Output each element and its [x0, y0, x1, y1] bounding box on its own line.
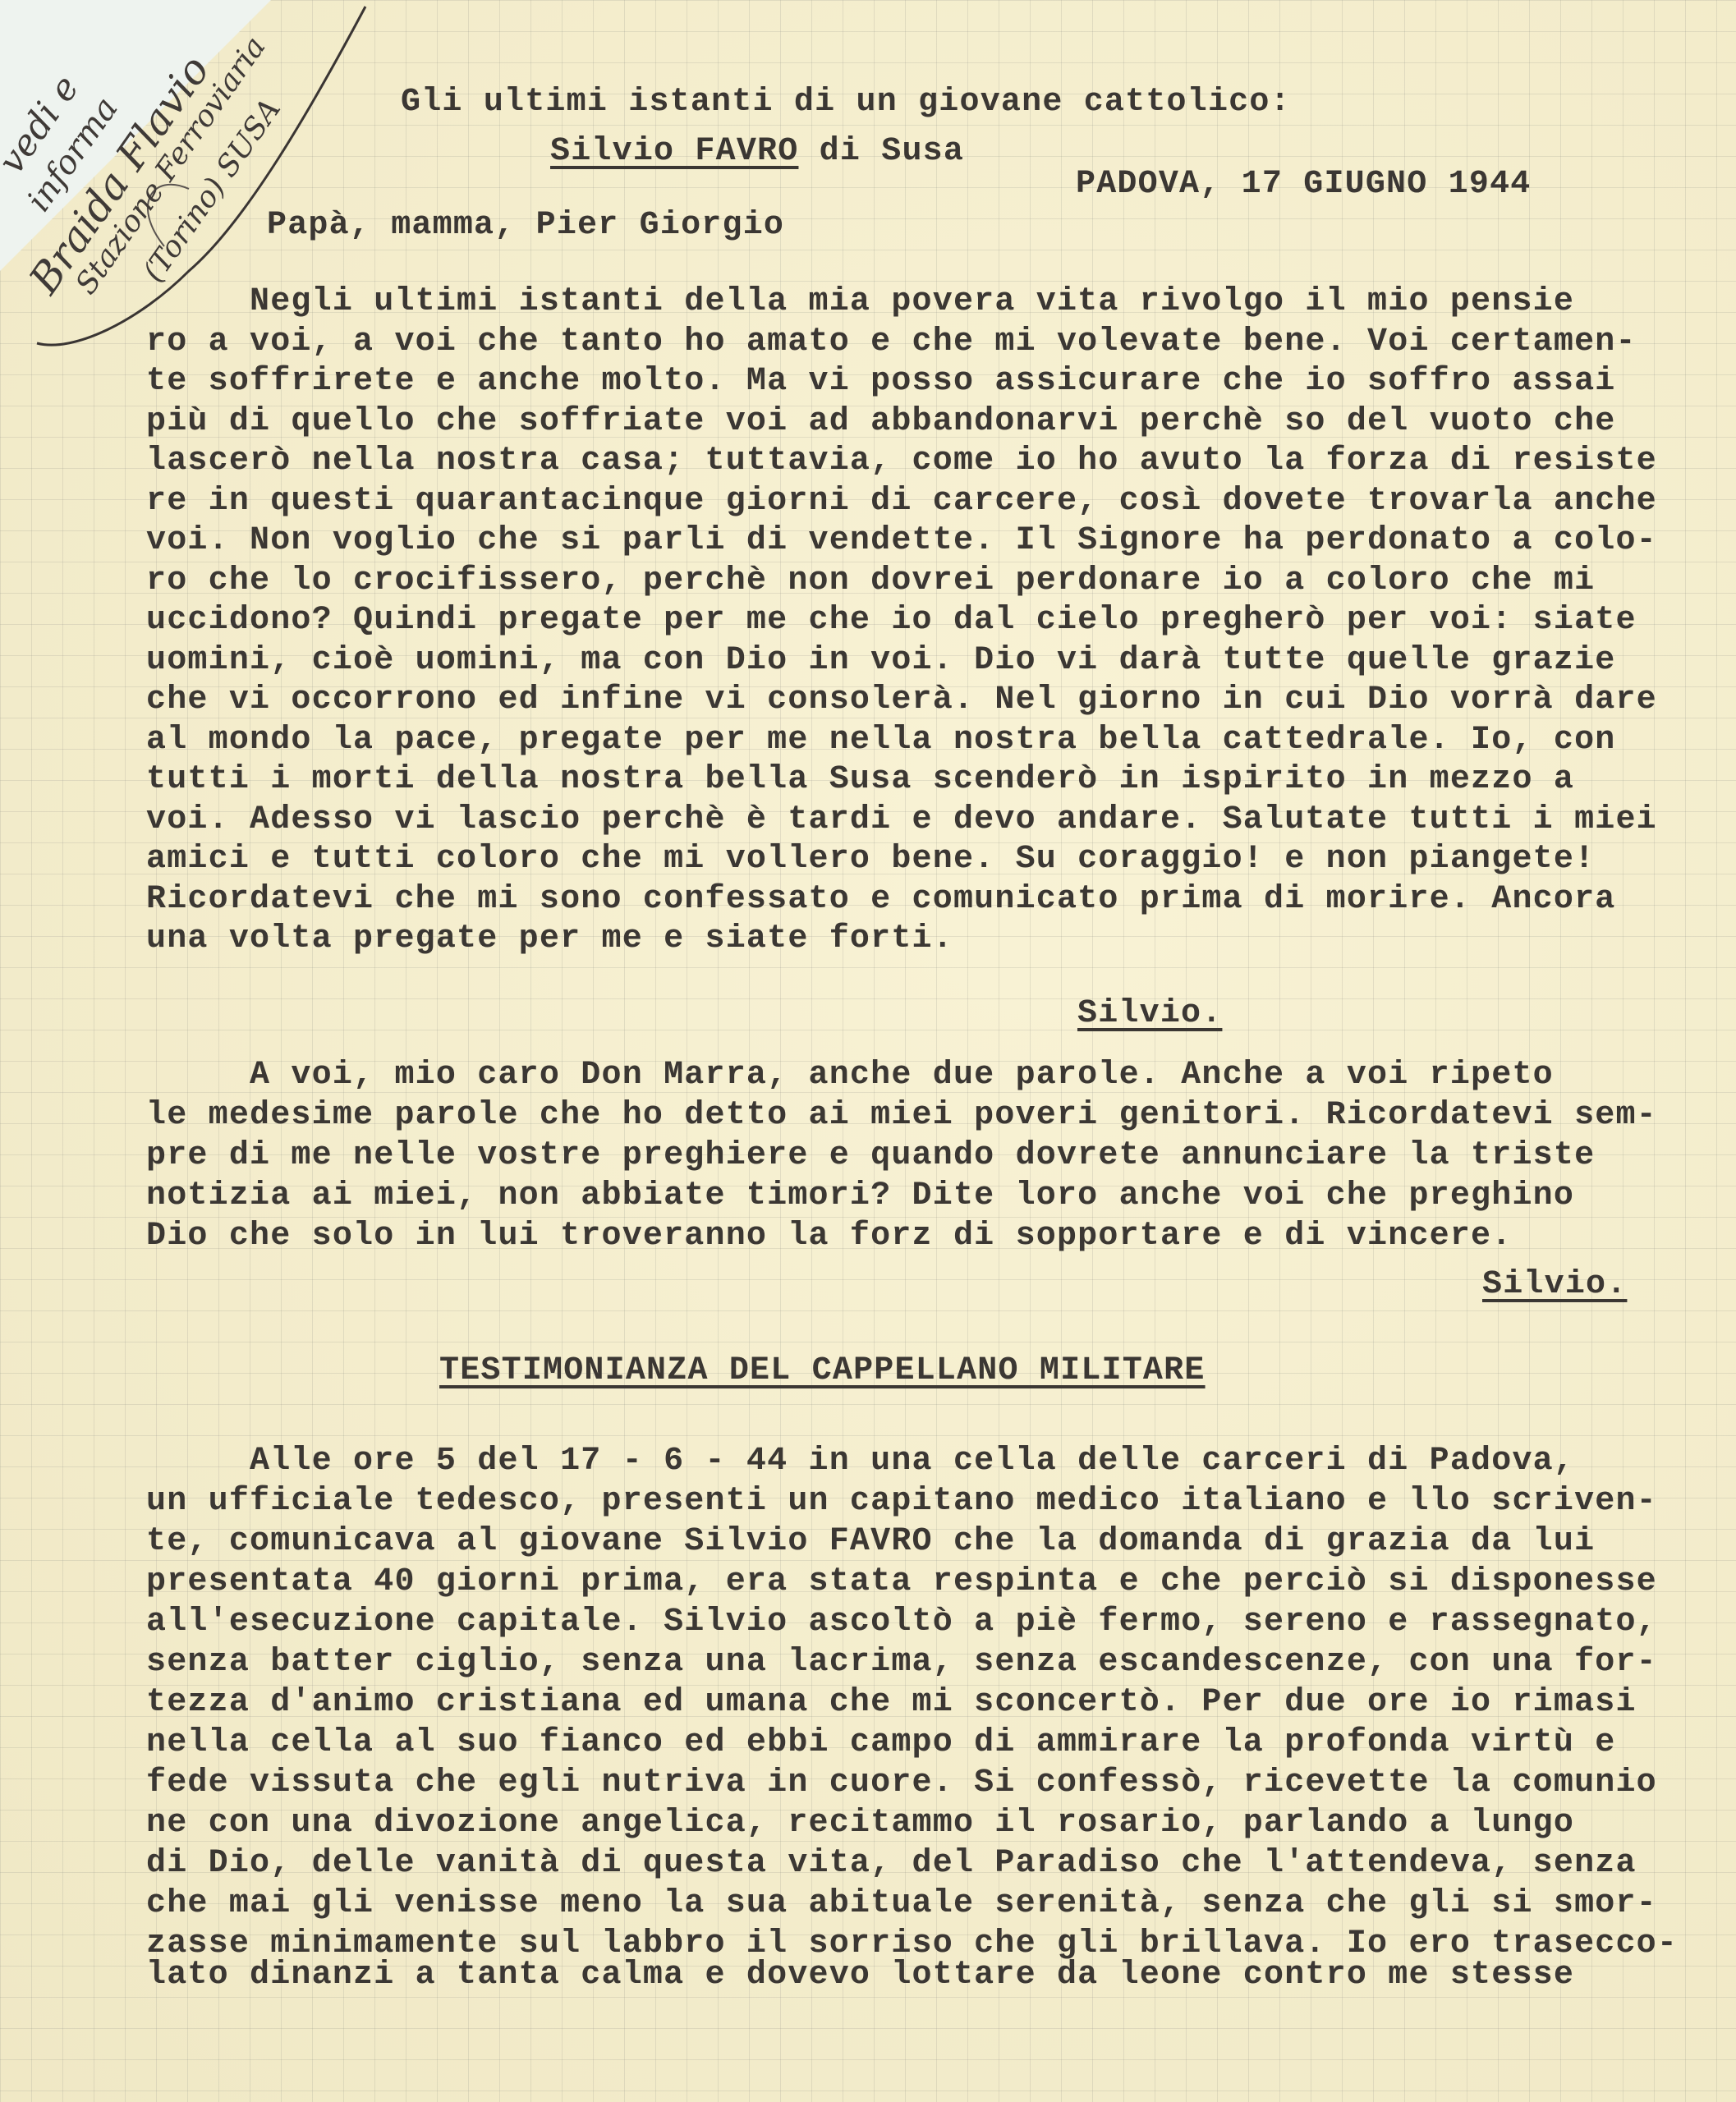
text-line: Alle ore 5 del 17 - 6 - 44 in una cella … [146, 1445, 1678, 1485]
text-line: uccidono? Quindi pregate per me che io d… [146, 604, 1657, 645]
testimony-heading: TESTIMONIANZA DEL CAPPELLANO MILITARE [439, 1355, 1206, 1388]
text-line: voi. Adesso vi lascio perchè è tardi e d… [146, 804, 1657, 844]
testimony-body: Alle ore 5 del 17 - 6 - 44 in una cella … [146, 1445, 1678, 1999]
text-line: più di quello che soffriate voi ad abban… [146, 406, 1657, 446]
text-line: ne con una divozione angelica, recitammo… [146, 1807, 1678, 1847]
text-line: all'esecuzione capitale. Silvio ascoltò … [146, 1606, 1678, 1646]
text-line: lascerò nella nostra casa; tuttavia, com… [146, 445, 1657, 485]
text-line: che mai gli venisse meno la sua abituale… [146, 1888, 1678, 1928]
text-line: te soffrirete e anche molto. Ma vi posso… [146, 365, 1657, 406]
text-line: lato dinanzi a tanta calma e dovevo lott… [146, 1959, 1678, 1999]
text-line: una volta pregate per me e siate forti. [146, 923, 1657, 963]
text-line: zasse minimamente sul labbro il sorriso … [146, 1928, 1678, 1959]
text-line: Dio che solo in lui troveranno la forz d… [146, 1220, 1657, 1260]
subject-name: Silvio FAVRO [550, 133, 798, 170]
signature-2: Silvio. [1482, 1269, 1627, 1301]
text-line: presentata 40 giorni prima, era stata re… [146, 1566, 1678, 1606]
text-line: ro a voi, a voi che tanto ho amato e che… [146, 326, 1657, 366]
text-line: Negli ultimi istanti della mia povera vi… [146, 286, 1657, 326]
text-line: uomini, cioè uomini, ma con Dio in voi. … [146, 645, 1657, 685]
text-line: un ufficiale tedesco, presenti un capita… [146, 1485, 1678, 1526]
text-line: re in questi quarantacinque giorni di ca… [146, 485, 1657, 525]
letter-body-1: Negli ultimi istanti della mia povera vi… [146, 286, 1657, 963]
text-line: di Dio, delle vanità di questa vita, del… [146, 1847, 1678, 1888]
text-line: tutti i morti della nostra bella Susa sc… [146, 764, 1657, 804]
text-line: fede vissuta che egli nutriva in cuore. … [146, 1767, 1678, 1807]
letter-body-2: A voi, mio caro Don Marra, anche due par… [146, 1059, 1657, 1260]
text-line: al mondo la pace, pregate per me nella n… [146, 724, 1657, 764]
text-line: che vi occorrono ed infine vi consolerà.… [146, 684, 1657, 724]
text-line: tezza d'animo cristiana ed umana che mi … [146, 1687, 1678, 1727]
text-line: nella cella al suo fianco ed ebbi campo … [146, 1727, 1678, 1767]
text-line: Ricordatevi che mi sono confessato e com… [146, 883, 1657, 924]
text-line: notizia ai miei, non abbiate timori? Dit… [146, 1180, 1657, 1220]
text-line: amici e tutti coloro che mi vollero bene… [146, 843, 1657, 883]
text-line: pre di me nelle vostre preghiere e quand… [146, 1140, 1657, 1180]
subject-origin: di Susa [798, 133, 964, 170]
text-line: A voi, mio caro Don Marra, anche due par… [146, 1059, 1657, 1099]
text-line: ro che lo crocifissero, perchè non dovre… [146, 565, 1657, 605]
document-subtitle: Silvio FAVRO di Susa [550, 135, 964, 168]
place-date: PADOVA, 17 GIUGNO 1944 [1076, 168, 1532, 201]
text-line: senza batter ciglio, senza una lacrima, … [146, 1646, 1678, 1687]
salutation: Papà, mamma, Pier Giorgio [267, 209, 784, 242]
text-line: te, comunicava al giovane Silvio FAVRO c… [146, 1526, 1678, 1566]
text-line: le medesime parole che ho detto ai miei … [146, 1099, 1657, 1140]
signature-1: Silvio. [1077, 998, 1222, 1030]
text-line: voi. Non voglio che si parli di vendette… [146, 525, 1657, 565]
document-title: Gli ultimi istanti di un giovane cattoli… [401, 86, 1291, 119]
